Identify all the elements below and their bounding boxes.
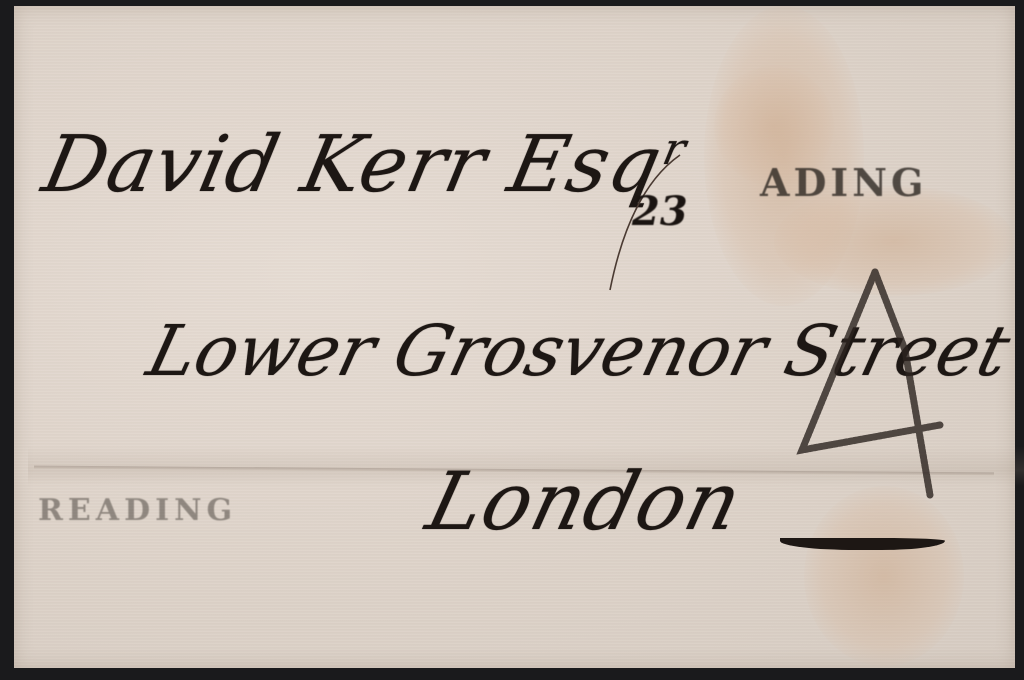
- reading-postmark: READING: [38, 493, 237, 528]
- mileage-number: 23: [632, 188, 688, 235]
- postmark-town: ADING: [760, 160, 927, 205]
- water-stain: [804, 486, 964, 666]
- reading-mileage-postmark: 23 ADING: [760, 160, 927, 205]
- postage-rate-marking: [790, 260, 960, 510]
- city-name: London: [418, 455, 751, 548]
- numeral-four-icon: [790, 260, 960, 510]
